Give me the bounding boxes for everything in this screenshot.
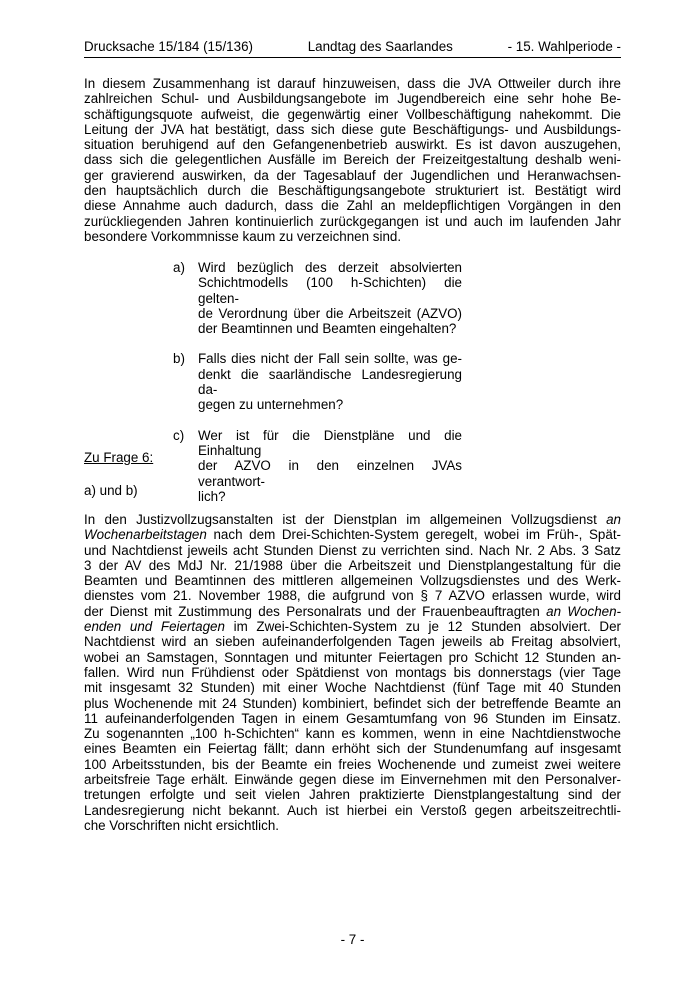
question-list: a) Wird bezüglich des derzeit absolviert… [173,260,462,504]
subsection-label: a) und b) [84,483,138,498]
question-item: c) Wer ist für die Dienstpläne und die E… [173,428,462,504]
text-line: Falls dies nicht der Fall sein sollte, w… [198,351,462,366]
text-line: eines Beamten ein Feiertag fällt; dann e… [84,741,621,756]
question-lines: Wer ist für die Dienstpläne und die Einh… [198,428,462,504]
text-line: den hauptsächlich durch die Beschäftigun… [84,183,621,198]
section-heading: Zu Frage 6: [84,450,153,465]
question-item: a) Wird bezüglich des derzeit absolviert… [173,260,462,336]
text-line: Zu sogenannten „100 h-Schichten“ kann es… [84,726,621,741]
text-line: Wird bezüglich des derzeit absolvierten [198,260,462,275]
text-line: dass sich die gelegentlichen Ausfälle im… [84,152,621,167]
text-line: Landesregierung nicht bekannt. Auch ist … [84,803,621,818]
text-line: besondere Vorkommnisse kaum zu verzeichn… [84,229,621,244]
text-line: ger gravierend auswirken, da der Tagesab… [84,168,621,183]
text-line: che Vorschriften nicht ersichtlich. [84,818,621,833]
text-line: lich? [198,489,462,504]
text-line: der AZVO in den einzelnen JVAs verantwor… [198,458,462,489]
text-line: 11 aufeinanderfolgenden Tagen in einem G… [84,711,621,726]
paragraph-answer: In den Justizvollzugsanstalten ist der D… [84,512,621,833]
text-line: dienstes vom 21. November 1988, die aufg… [84,588,621,603]
text-line: In den Justizvollzugsanstalten ist der D… [84,512,621,527]
page-footer: - 7 - [84,932,621,947]
question-lines: Wird bezüglich des derzeit absolviertenS… [198,260,462,336]
text-line: zahlreichen Schul- und Ausbildungsangebo… [84,91,621,106]
paragraph-intro: In diesem Zusammenhang ist darauf hinzuw… [84,76,621,244]
text-line: In diesem Zusammenhang ist darauf hinzuw… [84,76,621,91]
text-line: plus Wochenende mit 24 Stunden) kombinie… [84,696,621,711]
question-item: b) Falls dies nicht der Fall sein sollte… [173,351,462,412]
header-institution: Landtag des Saarlandes [308,39,453,54]
text-line: fallen. Wird nun Frühdienst oder Spätdie… [84,665,621,680]
text-line: zurückliegenden Jahren kontinuierlich zu… [84,214,621,229]
text-line: der Beamtinnen und Beamten eingehalten? [198,321,462,336]
page-header: Drucksache 15/184 (15/136) Landtag des S… [84,39,621,58]
text-line: Leitung der JVA hat bestätigt, dass sich… [84,122,621,137]
question-label: a) [173,260,198,336]
page-number: - 7 - [341,932,365,947]
text-line: Wochenarbeitstagen nach dem Drei-Schicht… [84,527,621,542]
text-line: Nachtdienst wird an sieben aufeinanderfo… [84,634,621,649]
text-line: situation beruhigend auf den Gefangenenb… [84,137,621,152]
text-line: de Verordnung über die Arbeitszeit (AZVO… [198,306,462,321]
header-doc-number: Drucksache 15/184 (15/136) [84,39,253,54]
text-line: enden und Feiertagen im Zwei-Schichten-S… [84,619,621,634]
text-line: 100 Arbeitsstunden, bis der Beamte ein f… [84,757,621,772]
text-line: Schichtmodells (100 h-Schichten) die gel… [198,275,462,306]
text-line: tretungen erfolgte und seit vielen Jahre… [84,787,621,802]
text-line: Beamten und Beamtinnen des mittleren all… [84,573,621,588]
question-label: b) [173,351,198,412]
text-line: gegen zu unternehmen? [198,397,462,412]
question-label: c) [173,428,198,504]
text-line: wobei an Samstagen, Sonntagen und mitunt… [84,650,621,665]
document-page: Drucksache 15/184 (15/136) Landtag des S… [0,0,700,990]
question-lines: Falls dies nicht der Fall sein sollte, w… [198,351,462,412]
text-line: Wer ist für die Dienstpläne und die Einh… [198,428,462,459]
text-line: denkt die saarländische Landesregierung … [198,367,462,398]
text-line: diese Annahme auch dadurch, dass die Zah… [84,198,621,213]
text-line: und Nachtdienst jeweils acht Stunden Die… [84,543,621,558]
header-period: - 15. Wahlperiode - [508,39,621,54]
text-line: arbeitsfreie Tage erhält. Einwände gegen… [84,772,621,787]
text-line: 3 der AV des MdJ Nr. 21/1988 über die Ar… [84,558,621,573]
text-line: mit insgesamt 32 Stunden) mit einer Woch… [84,680,621,695]
text-line: schäftigungsquote aufweist, die gegenwär… [84,107,621,122]
text-line: der Dienst mit Zustimmung des Personalra… [84,604,621,619]
